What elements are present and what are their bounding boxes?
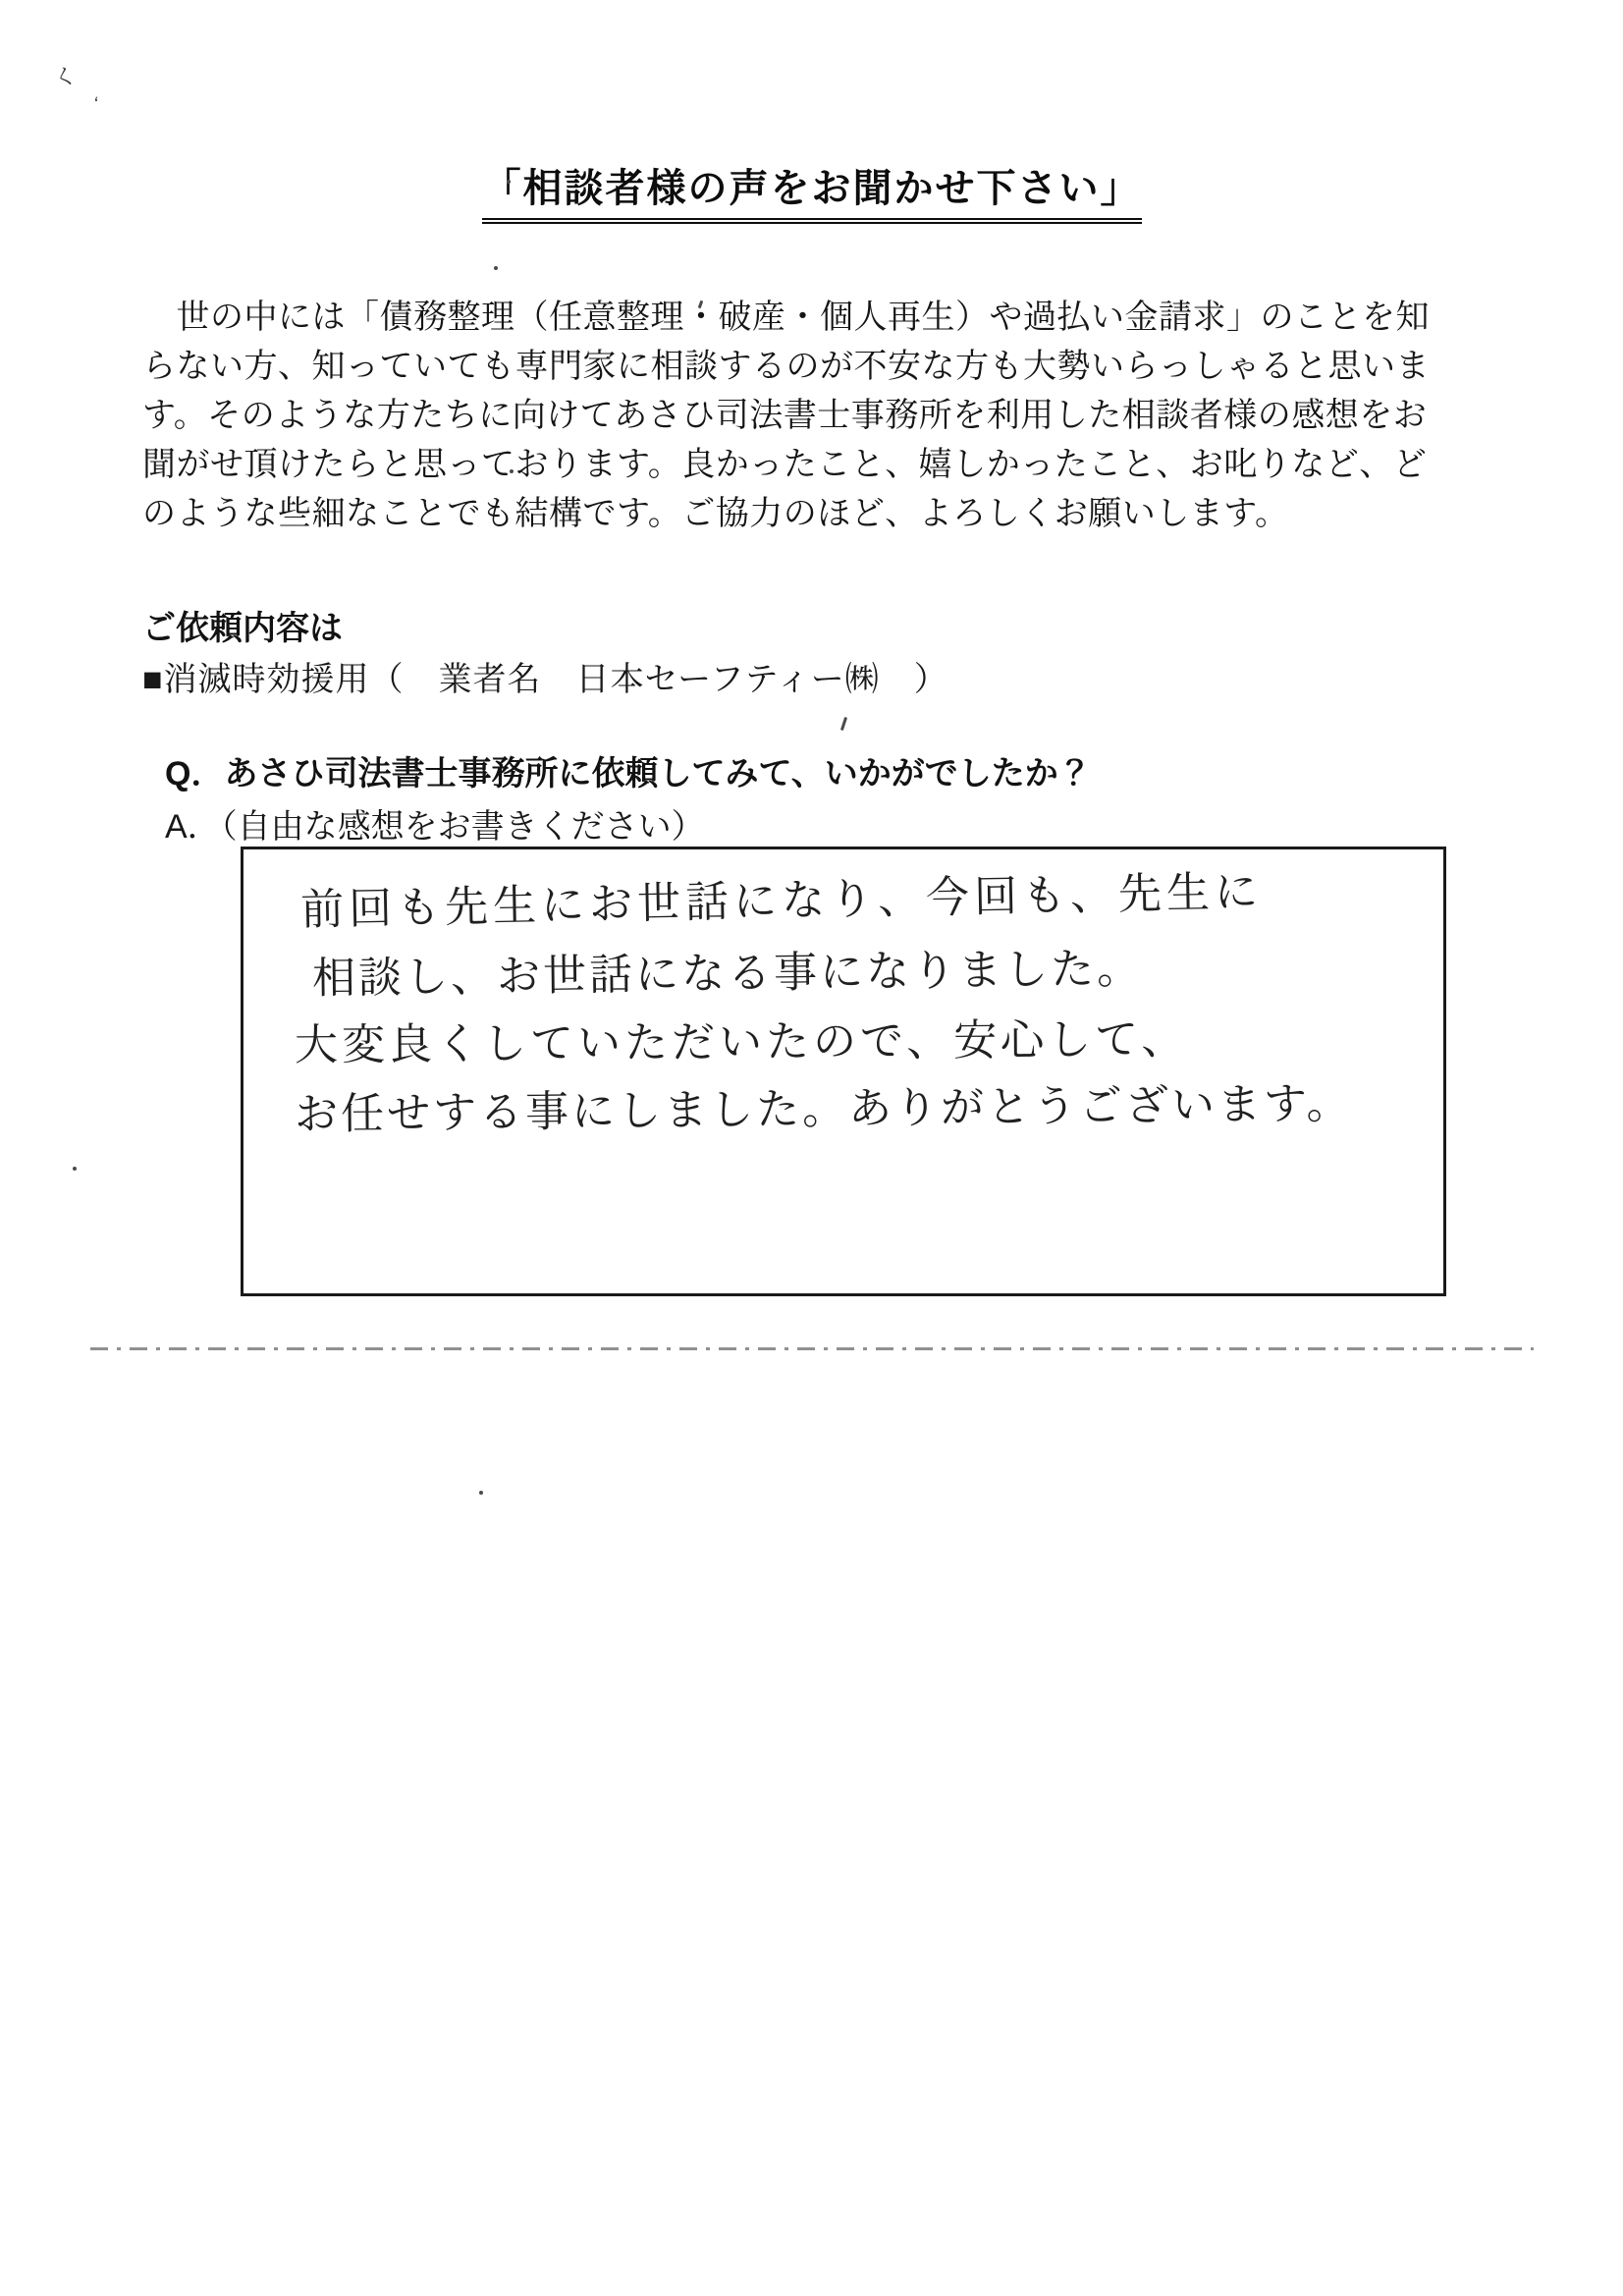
question-line: Q．あさひ司法書士事務所に依頼してみて、いかがでしたか？ (165, 746, 1092, 794)
intro-line: す。そのような方たちに向けてあさひ司法書士事務所を利用した相談者様の感想をお (142, 391, 1438, 440)
scan-speck (73, 1167, 77, 1171)
page-title-text: 「相談者様の声をお聞かせ下さい」 (482, 157, 1142, 224)
handwritten-line: 前回も先生にお世話になり、今回も、先生に (299, 856, 1263, 938)
scanned-feedback-form: く ʻ 「相談者様の声をお聞かせ下さい」 世の中には「債務整理（任意整理・破産・… (0, 0, 1623, 2296)
page-title: 「相談者様の声をお聞かせ下さい」 (0, 157, 1623, 224)
scan-speck (507, 180, 511, 184)
scan-mark: く (50, 58, 81, 93)
intro-paragraph: 世の中には「債務整理（任意整理・破産・個人再生）や過払い金請求」のことを知 らな… (142, 293, 1438, 538)
scan-speck (510, 469, 514, 473)
handwritten-answer-box: 前回も先生にお世話になり、今回も、先生に 相談し、お世話になる事になりました。 … (241, 847, 1446, 1296)
intro-line: 聞がせ頂けたらと思っております。良かったこと、嬉しかったこと、お叱りなど、ど (142, 440, 1438, 489)
handwritten-line: 相談し、お世話になる事になりました。 (312, 933, 1144, 1006)
scan-speck (840, 717, 847, 731)
scan-mark: ʻ (91, 94, 99, 117)
handwritten-line: お任せする事にしました。ありがとうございます。 (295, 1067, 1353, 1141)
answer-label-line: A．（自由な感想をお書きください） (165, 799, 705, 847)
scan-speck (494, 266, 498, 270)
handwritten-line: 大変良くしていただいたので、安心して、 (295, 1004, 1189, 1072)
intro-line: のような些細なことでも結構です。ご協力のほど、よろしくお願いします。 (142, 489, 1438, 538)
dashed-divider (90, 1347, 1534, 1350)
intro-line: 世の中には「債務整理（任意整理・破産・個人再生）や過払い金請求」のことを知 (142, 293, 1438, 342)
request-item-checkbox-line: ■消滅時効援用（ 業者名 日本セーフティー㈱ ） (142, 652, 948, 700)
scan-speck (479, 1491, 483, 1495)
request-heading: ご依頼内容は (142, 601, 343, 649)
intro-line: らない方、知っていても専門家に相談するのが不安な方も大勢いらっしゃると思いま (142, 342, 1438, 391)
